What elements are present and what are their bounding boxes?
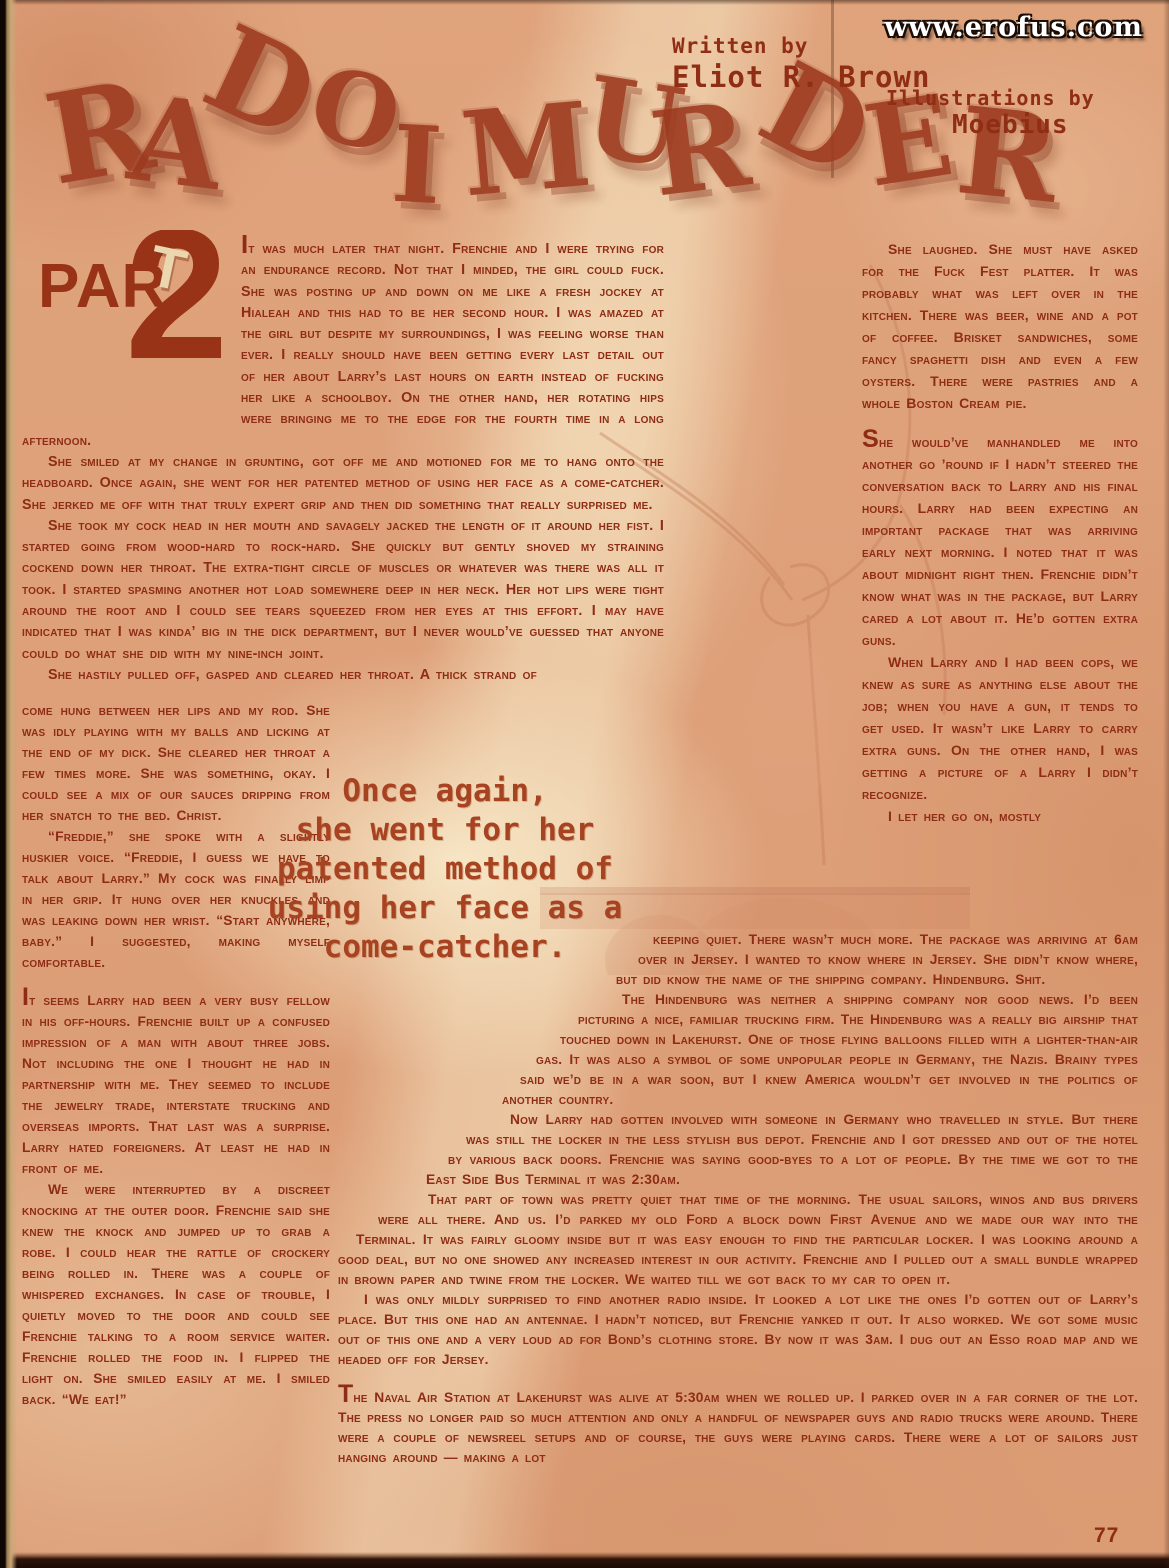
text-wrap-spacer — [338, 1130, 466, 1150]
text-wrap-spacer — [338, 1210, 378, 1230]
paragraph: She took my cock head in her mouth and s… — [22, 516, 664, 665]
text-wrap-spacer — [338, 1230, 356, 1250]
magazine-page: www.erofus.com RADIOMURDER Written by El… — [0, 0, 1169, 1568]
paragraph: When Larry and I had been cops, we knew … — [862, 651, 1138, 805]
paragraph: I was only mildly surprised to find anot… — [338, 1290, 1138, 1370]
paragraph: She hastily pulled off, gasped and clear… — [22, 665, 664, 686]
text-wrap-spacer — [338, 1150, 448, 1170]
paragraph: We were interrupted by a discreet knocki… — [22, 1179, 330, 1410]
paragraph: She laughed. She must have asked for the… — [862, 238, 1138, 414]
title-letter: R — [645, 87, 755, 214]
paragraph: I let her go on, mostly — [862, 805, 1138, 827]
column-bottom: keeping quiet. There wasn’t much more. T… — [338, 930, 1138, 1562]
part-label-t: T — [148, 255, 187, 283]
written-by-label: Written by — [672, 34, 808, 58]
page-number: 77 — [1094, 1524, 1119, 1548]
title-letter: M — [457, 87, 595, 214]
column-right: She laughed. She must have asked for the… — [862, 238, 1138, 938]
watermark-text: www.erofus.com — [884, 12, 1143, 43]
text-wrap-spacer — [338, 1170, 426, 1190]
pull-quote: Once again, she went for her patented me… — [240, 772, 650, 967]
illustrations-by-label: Illustrations by — [886, 86, 1095, 110]
paragraph: It seems Larry had been a very busy fell… — [22, 989, 330, 1179]
text-wrap-spacer — [338, 1030, 560, 1050]
column-left-wide: PAR 2 T It was much later that night. Fr… — [22, 230, 664, 702]
paragraph: She would’ve manhandled me into another … — [862, 430, 1138, 651]
text-wrap-spacer — [338, 1010, 578, 1030]
text-wrap-spacer — [338, 1110, 484, 1130]
paragraph: She smiled at my change in grunting, got… — [22, 452, 664, 516]
text-wrap-spacer — [338, 970, 616, 990]
paragraph: The Naval Air Station at Lakehurst was a… — [338, 1386, 1138, 1468]
text-wrap-spacer — [338, 1090, 502, 1110]
text-wrap-spacer — [338, 1050, 536, 1070]
paragraph: That part of town was pretty quiet that … — [338, 1190, 1138, 1290]
title-letter: I — [389, 111, 444, 219]
illustrator-name: Moebius — [952, 110, 1069, 140]
part-2-heading: PAR 2 T — [22, 234, 227, 406]
text-wrap-spacer — [338, 1070, 520, 1090]
text-wrap-spacer — [338, 990, 596, 1010]
text-wrap-spacer — [338, 1190, 402, 1210]
